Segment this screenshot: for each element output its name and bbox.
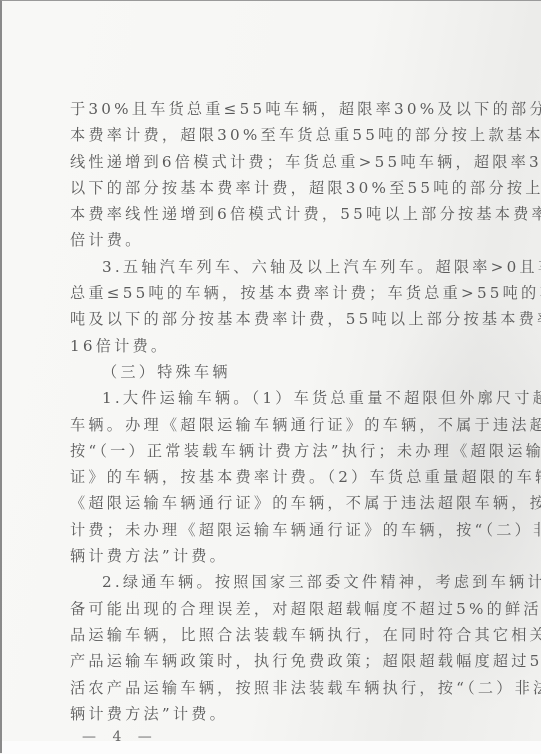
page-number: — 4 —	[82, 729, 158, 745]
text-line: 线性递增到6倍模式计费；车货总重>55吨车辆，超限率30%及	[70, 149, 502, 175]
text-line: 辆计费方法”计费。	[70, 701, 502, 727]
paragraph-start-line: 2.绿通车辆。按照国家三部委文件精神，考虑到车辆计重设	[70, 569, 502, 595]
text-line: 本费率计费，超限30%至车货总重55吨的部分按上款基本费率	[70, 122, 502, 148]
text-line: 吨及以下的部分按基本费率计费，55吨以上部分按基本费率的	[70, 306, 502, 332]
paragraph-start-line: 3.五轴汽车列车、六轴及以上汽车列车。超限率>0且车货	[70, 254, 502, 280]
text-line: 产品运输车辆政策时，执行免费政策；超限超载幅度超过5%的鲜	[70, 648, 502, 674]
text-line: 备可能出现的合理误差，对超限超载幅度不超过5%的鲜活农产	[70, 596, 502, 622]
text-line: 按“（一）正常装载车辆计费方法”执行；未办理《超限运输车辆通行	[70, 438, 502, 464]
text-line: 辆计费方法”计费。	[70, 543, 502, 569]
text-line: 计费；未办理《超限运输车辆通行证》的车辆，按“（二）非法超限车	[70, 517, 502, 543]
text-line: 于30%且车货总重≤55吨车辆，超限率30%及以下的部分按基	[70, 96, 502, 122]
text-line: 倍计费。	[70, 227, 502, 253]
text-line: 16倍计费。	[70, 333, 502, 359]
paragraph-start-line: 1.大件运输车辆。（1）车货总重量不超限但外廓尺寸超限的	[70, 385, 502, 411]
section-heading: （三）特殊车辆	[70, 359, 502, 385]
text-line: 车辆。办理《超限运输车辆通行证》的车辆，不属于违法超限车辆，	[70, 412, 502, 438]
text-line: 品运输车辆，比照合法装载车辆执行，在同时符合其它相关鲜活农	[70, 622, 502, 648]
text-line: 以下的部分按基本费率计费，超限30%至55吨的部分按上款基	[70, 175, 502, 201]
text-line: 活农产品运输车辆，按照非法装载车辆执行，按“（二）非法超限车	[70, 675, 502, 701]
body-text: 于30%且车货总重≤55吨车辆，超限率30%及以下的部分按基 本费率计费，超限3…	[70, 96, 502, 727]
text-line: 《超限运输车辆通行证》的车辆，不属于违法超限车辆，按基本费率	[70, 490, 502, 516]
text-line: 证》的车辆，按基本费率计费。（2）车货总重量超限的车辆。办理	[70, 464, 502, 490]
text-line: 本费率线性递增到6倍模式计费，55吨以上部分按基本费率的16	[70, 201, 502, 227]
text-line: 总重≤55吨的车辆，按基本费率计费；车货总重>55吨的车辆，55	[70, 280, 502, 306]
document-page: 于30%且车货总重≤55吨车辆，超限率30%及以下的部分按基 本费率计费，超限3…	[0, 0, 541, 753]
